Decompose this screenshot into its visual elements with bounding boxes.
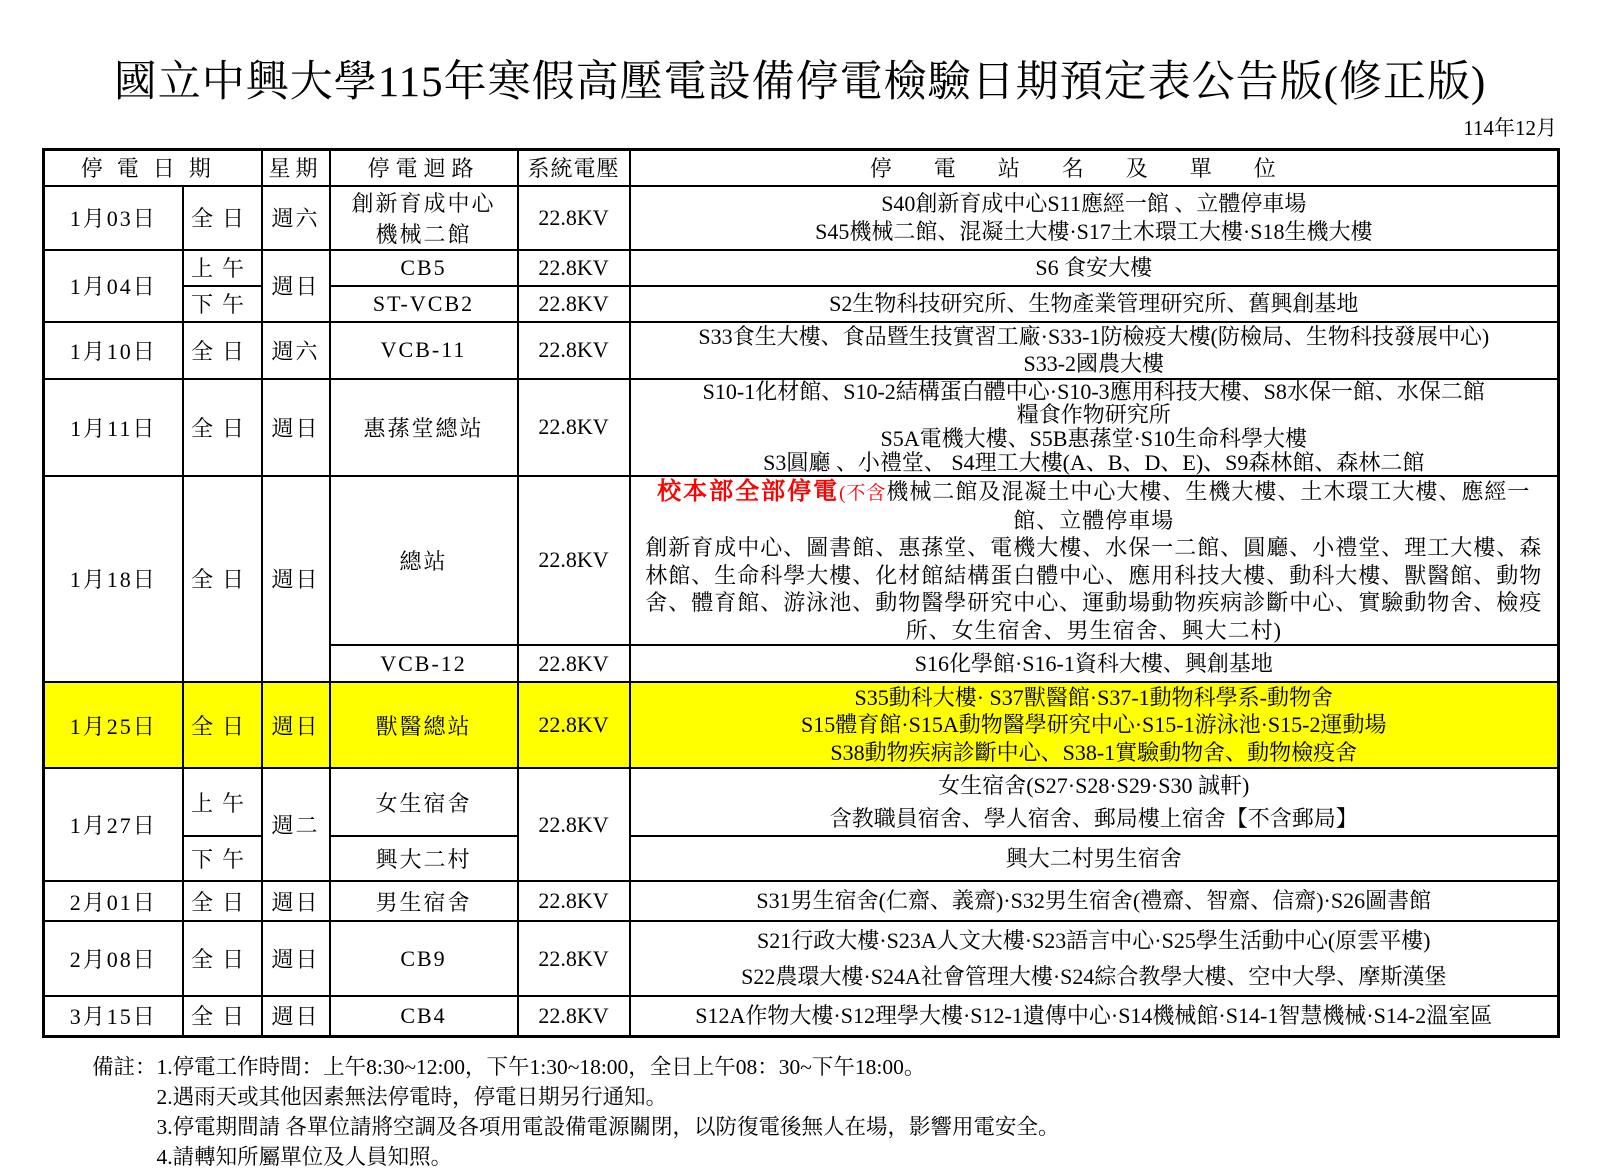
voltage-cell: 22.8KV — [518, 186, 630, 250]
period-cell: 全日 — [183, 186, 262, 250]
campus-outage-alert: 校本部全部停電 — [657, 479, 839, 505]
week-cell: 週日 — [262, 379, 330, 476]
circuit-cell: 女生宿舍 — [330, 768, 518, 836]
stations-cell: S35動科大樓· S37獸醫館·S37-1動物科學系-動物舍 S15體育館·S1… — [630, 682, 1559, 768]
station-line: S5A電機大樓、S5B惠蓀堂·S10生命科學大樓 — [635, 427, 1554, 451]
week-cell: 週日 — [262, 881, 330, 921]
stations-cell: S31男生宿舍(仁齋、義齋)·S32男生宿舍(禮齋、智齋、信齋)·S26圖書館 — [630, 881, 1559, 921]
station-line: 糧食作物研究所 — [635, 403, 1554, 427]
period-cell: 上午 — [183, 768, 262, 836]
exclusion-open: (不含 — [839, 483, 886, 504]
circuit-cell: CB5 — [330, 250, 518, 286]
date-cell: 1月11日 — [44, 379, 183, 476]
station-line: S16化學館·S16-1資科大樓、興創基地 — [635, 650, 1554, 678]
period-cell: 上午 — [183, 250, 262, 286]
station-line: S12A作物大樓·S12理學大樓·S12-1遺傳中心·S14機械館·S14-1智… — [635, 1002, 1554, 1030]
station-line: S33食生大樓、食品暨生技實習工廠·S33-1防檢疫大樓(防檢局、生物科技發展中… — [635, 323, 1554, 351]
station-line: S6 食安大樓 — [635, 254, 1554, 282]
date-cell: 2月01日 — [44, 881, 183, 921]
stations-cell: S16化學館·S16-1資科大樓、興創基地 — [630, 645, 1559, 682]
station-line: 興大二村男生宿舍 — [635, 845, 1554, 873]
voltage-cell: 22.8KV — [518, 286, 630, 322]
period-cell: 全日 — [183, 996, 262, 1036]
table-row: 1月03日 全日 週六 創新育成中心 機械二館 22.8KV S40創新育成中心… — [44, 186, 1559, 250]
table-row: 1月11日 全日 週日 惠蓀堂總站 22.8KV S10-1化材館、S10-2結… — [44, 379, 1559, 476]
station-line: 含教職員宿舍、學人宿舍、郵局樓上宿舍【不含郵局】 — [635, 802, 1554, 835]
exclusion-list-part1: 機械二館及混凝土中心大樓、生機大樓、土木環工大樓、應經一館、立體停車場 — [886, 479, 1530, 533]
page-title: 國立中興大學115年寒假高壓電設備停電檢驗日期預定表公告版(修正版) — [0, 48, 1600, 109]
stations-cell: S6 食安大樓 — [630, 250, 1559, 286]
station-line: S35動科大樓· S37獸醫館·S37-1動物科學系-動物舍 — [635, 684, 1554, 712]
stations-cell: S33食生大樓、食品暨生技實習工廠·S33-1防檢疫大樓(防檢局、生物科技發展中… — [630, 322, 1559, 379]
voltage-cell: 22.8KV — [518, 645, 630, 682]
station-line: S40創新育成中心S11應經一館 、立體停車場 — [635, 190, 1554, 218]
station-line: 女生宿舍(S27·S28·S29·S30 誠軒) — [635, 769, 1554, 802]
date-cell: 1月27日 — [44, 768, 183, 881]
table-row: 2月08日 全日 週日 CB9 22.8KV S21行政大樓·S23A人文大樓·… — [44, 921, 1559, 996]
notice-page: 國立中興大學115年寒假高壓電設備停電檢驗日期預定表公告版(修正版) 114年1… — [0, 0, 1600, 1172]
period-cell: 下午 — [183, 836, 262, 881]
header-weekday: 星期 — [262, 150, 330, 186]
circuit-cell: VCB-12 — [330, 645, 518, 682]
voltage-cell: 22.8KV — [518, 996, 630, 1036]
note-item: 1.停電工作時間：上午8:30~12:00，下午1:30~18:00，全日上午0… — [157, 1052, 1060, 1082]
week-cell: 週六 — [262, 186, 330, 250]
period-cell: 全日 — [183, 682, 262, 768]
stations-cell: S40創新育成中心S11應經一館 、立體停車場 S45機械二館、混凝土大樓·S1… — [630, 186, 1559, 250]
circuit-cell: 創新育成中心 機械二館 — [330, 186, 518, 250]
stations-cell: S21行政大樓·S23A人文大樓·S23語言中心·S25學生活動中心(原雲平樓)… — [630, 921, 1559, 996]
stations-cell: 校本部全部停電(不含機械二館及混凝土中心大樓、生機大樓、土木環工大樓、應經一館、… — [630, 476, 1559, 646]
station-line: S21行政大樓·S23A人文大樓·S23語言中心·S25學生活動中心(原雲平樓) — [635, 923, 1554, 958]
date-cell: 1月04日 — [44, 250, 183, 322]
campus-outage-alert-line: 校本部全部停電(不含機械二館及混凝土中心大樓、生機大樓、土木環工大樓、應經一館、… — [635, 477, 1554, 535]
stations-cell: 女生宿舍(S27·S28·S29·S30 誠軒) 含教職員宿舍、學人宿舍、郵局樓… — [630, 768, 1559, 836]
voltage-cell: 22.8KV — [518, 682, 630, 768]
station-line: S33-2國農大樓 — [635, 350, 1554, 378]
station-line: S10-1化材館、S10-2結構蛋白體中心·S10-3應用科技大樓、S8水保一館… — [635, 380, 1554, 404]
date-cell: 3月15日 — [44, 996, 183, 1036]
circuit-cell: 興大二村 — [330, 836, 518, 881]
circuit-cell: VCB-11 — [330, 322, 518, 379]
exclusion-list-part2: 創新育成中心、圖書館、惠蓀堂、電機大樓、水保一二館、圓廳、小禮堂、理工大樓、森林… — [635, 534, 1554, 644]
period-cell: 全日 — [183, 476, 262, 683]
circuit-cell: 總站 — [330, 476, 518, 646]
notes-list: 1.停電工作時間：上午8:30~12:00，下午1:30~18:00，全日上午0… — [157, 1052, 1060, 1172]
stations-cell: S2生物科技研究所、生物產業管理研究所、舊興創基地 — [630, 286, 1559, 322]
notes: 備註： 1.停電工作時間：上午8:30~12:00，下午1:30~18:00，全… — [92, 1052, 1600, 1172]
header-circuit: 停電迴路 — [330, 150, 518, 186]
voltage-cell: 22.8KV — [518, 322, 630, 379]
voltage-cell: 22.8KV — [518, 881, 630, 921]
circuit-cell: CB9 — [330, 921, 518, 996]
circuit-line: 機械二館 — [335, 218, 513, 249]
voltage-cell: 22.8KV — [518, 476, 630, 646]
stations-cell: S10-1化材館、S10-2結構蛋白體中心·S10-3應用科技大樓、S8水保一館… — [630, 379, 1559, 476]
table-header-row: 停電日期 星期 停電迴路 系統電壓 停電站名及單位 — [44, 150, 1559, 186]
note-item: 4.請轉知所屬單位及人員知照。 — [157, 1142, 1060, 1172]
highlighted-table-row: 1月25日 全日 週日 獸醫總站 22.8KV S35動科大樓· S37獸醫館·… — [44, 682, 1559, 768]
header-stations: 停電站名及單位 — [630, 150, 1559, 186]
date-cell: 1月10日 — [44, 322, 183, 379]
period-cell: 下午 — [183, 286, 262, 322]
notes-label: 備註： — [92, 1052, 157, 1172]
circuit-cell: 男生宿舍 — [330, 881, 518, 921]
station-line: S15體育館·S15A動物醫學研究中心·S15-1游泳池·S15-2運動場 — [635, 711, 1554, 739]
period-cell: 全日 — [183, 921, 262, 996]
note-item: 2.遇雨天或其他因素無法停電時，停電日期另行通知。 — [157, 1082, 1060, 1112]
table-row: 1月10日 全日 週六 VCB-11 22.8KV S33食生大樓、食品暨生技實… — [44, 322, 1559, 379]
station-line: S38動物疾病診斷中心、S38-1實驗動物舍、動物檢疫舍 — [635, 739, 1554, 767]
voltage-cell: 22.8KV — [518, 379, 630, 476]
station-line: S2生物科技研究所、生物產業管理研究所、舊興創基地 — [635, 290, 1554, 318]
week-cell: 週日 — [262, 250, 330, 322]
stations-cell: 興大二村男生宿舍 — [630, 836, 1559, 881]
header-voltage: 系統電壓 — [518, 150, 630, 186]
station-line: S3圓廳 、小禮堂、 S4理工大樓(A、B、D、E)、S9森林館、森林二館 — [635, 451, 1554, 475]
station-line: S45機械二館、混凝土大樓·S17土木環工大樓·S18生機大樓 — [635, 218, 1554, 246]
station-line: S22農環大樓·S24A社會管理大樓·S24綜合教學大樓、空中大學、摩斯漢堡 — [635, 959, 1554, 994]
period-cell: 全日 — [183, 379, 262, 476]
week-cell: 週六 — [262, 322, 330, 379]
week-cell: 週日 — [262, 682, 330, 768]
week-cell: 週日 — [262, 921, 330, 996]
circuit-cell: CB4 — [330, 996, 518, 1036]
week-cell: 週日 — [262, 476, 330, 683]
table-row: 1月27日 上午 週二 女生宿舍 22.8KV 女生宿舍(S27·S28·S29… — [44, 768, 1559, 836]
circuit-line: 創新育成中心 — [335, 187, 513, 218]
voltage-cell: 22.8KV — [518, 250, 630, 286]
date-cell: 1月18日 — [44, 476, 183, 683]
date-cell: 1月03日 — [44, 186, 183, 250]
header-outage-date: 停電日期 — [44, 150, 262, 186]
stations-cell: S12A作物大樓·S12理學大樓·S12-1遺傳中心·S14機械館·S14-1智… — [630, 996, 1559, 1036]
issued-date-label: 114年12月 — [0, 112, 1557, 142]
power-outage-schedule-table: 停電日期 星期 停電迴路 系統電壓 停電站名及單位 1月03日 全日 週六 創新… — [42, 148, 1560, 1038]
week-cell: 週二 — [262, 768, 330, 881]
note-item: 3.停電期間請 各單位請將空調及各項用電設備電源關閉，以防復電後無人在場，影響用… — [157, 1112, 1060, 1142]
voltage-cell: 22.8KV — [518, 921, 630, 996]
week-cell: 週日 — [262, 996, 330, 1036]
period-cell: 全日 — [183, 322, 262, 379]
date-cell: 1月25日 — [44, 682, 183, 768]
station-line: S31男生宿舍(仁齋、義齋)·S32男生宿舍(禮齋、智齋、信齋)·S26圖書館 — [635, 887, 1554, 915]
circuit-cell: ST-VCB2 — [330, 286, 518, 322]
circuit-cell: 獸醫總站 — [330, 682, 518, 768]
table-row: 1月04日 上午 週日 CB5 22.8KV S6 食安大樓 — [44, 250, 1559, 286]
voltage-cell: 22.8KV — [518, 768, 630, 881]
date-cell: 2月08日 — [44, 921, 183, 996]
table-row: 2月01日 全日 週日 男生宿舍 22.8KV S31男生宿舍(仁齋、義齋)·S… — [44, 881, 1559, 921]
circuit-cell: 惠蓀堂總站 — [330, 379, 518, 476]
table-row: 3月15日 全日 週日 CB4 22.8KV S12A作物大樓·S12理學大樓·… — [44, 996, 1559, 1036]
period-cell: 全日 — [183, 881, 262, 921]
table-row: 1月18日 全日 週日 總站 22.8KV 校本部全部停電(不含機械二館及混凝土… — [44, 476, 1559, 646]
